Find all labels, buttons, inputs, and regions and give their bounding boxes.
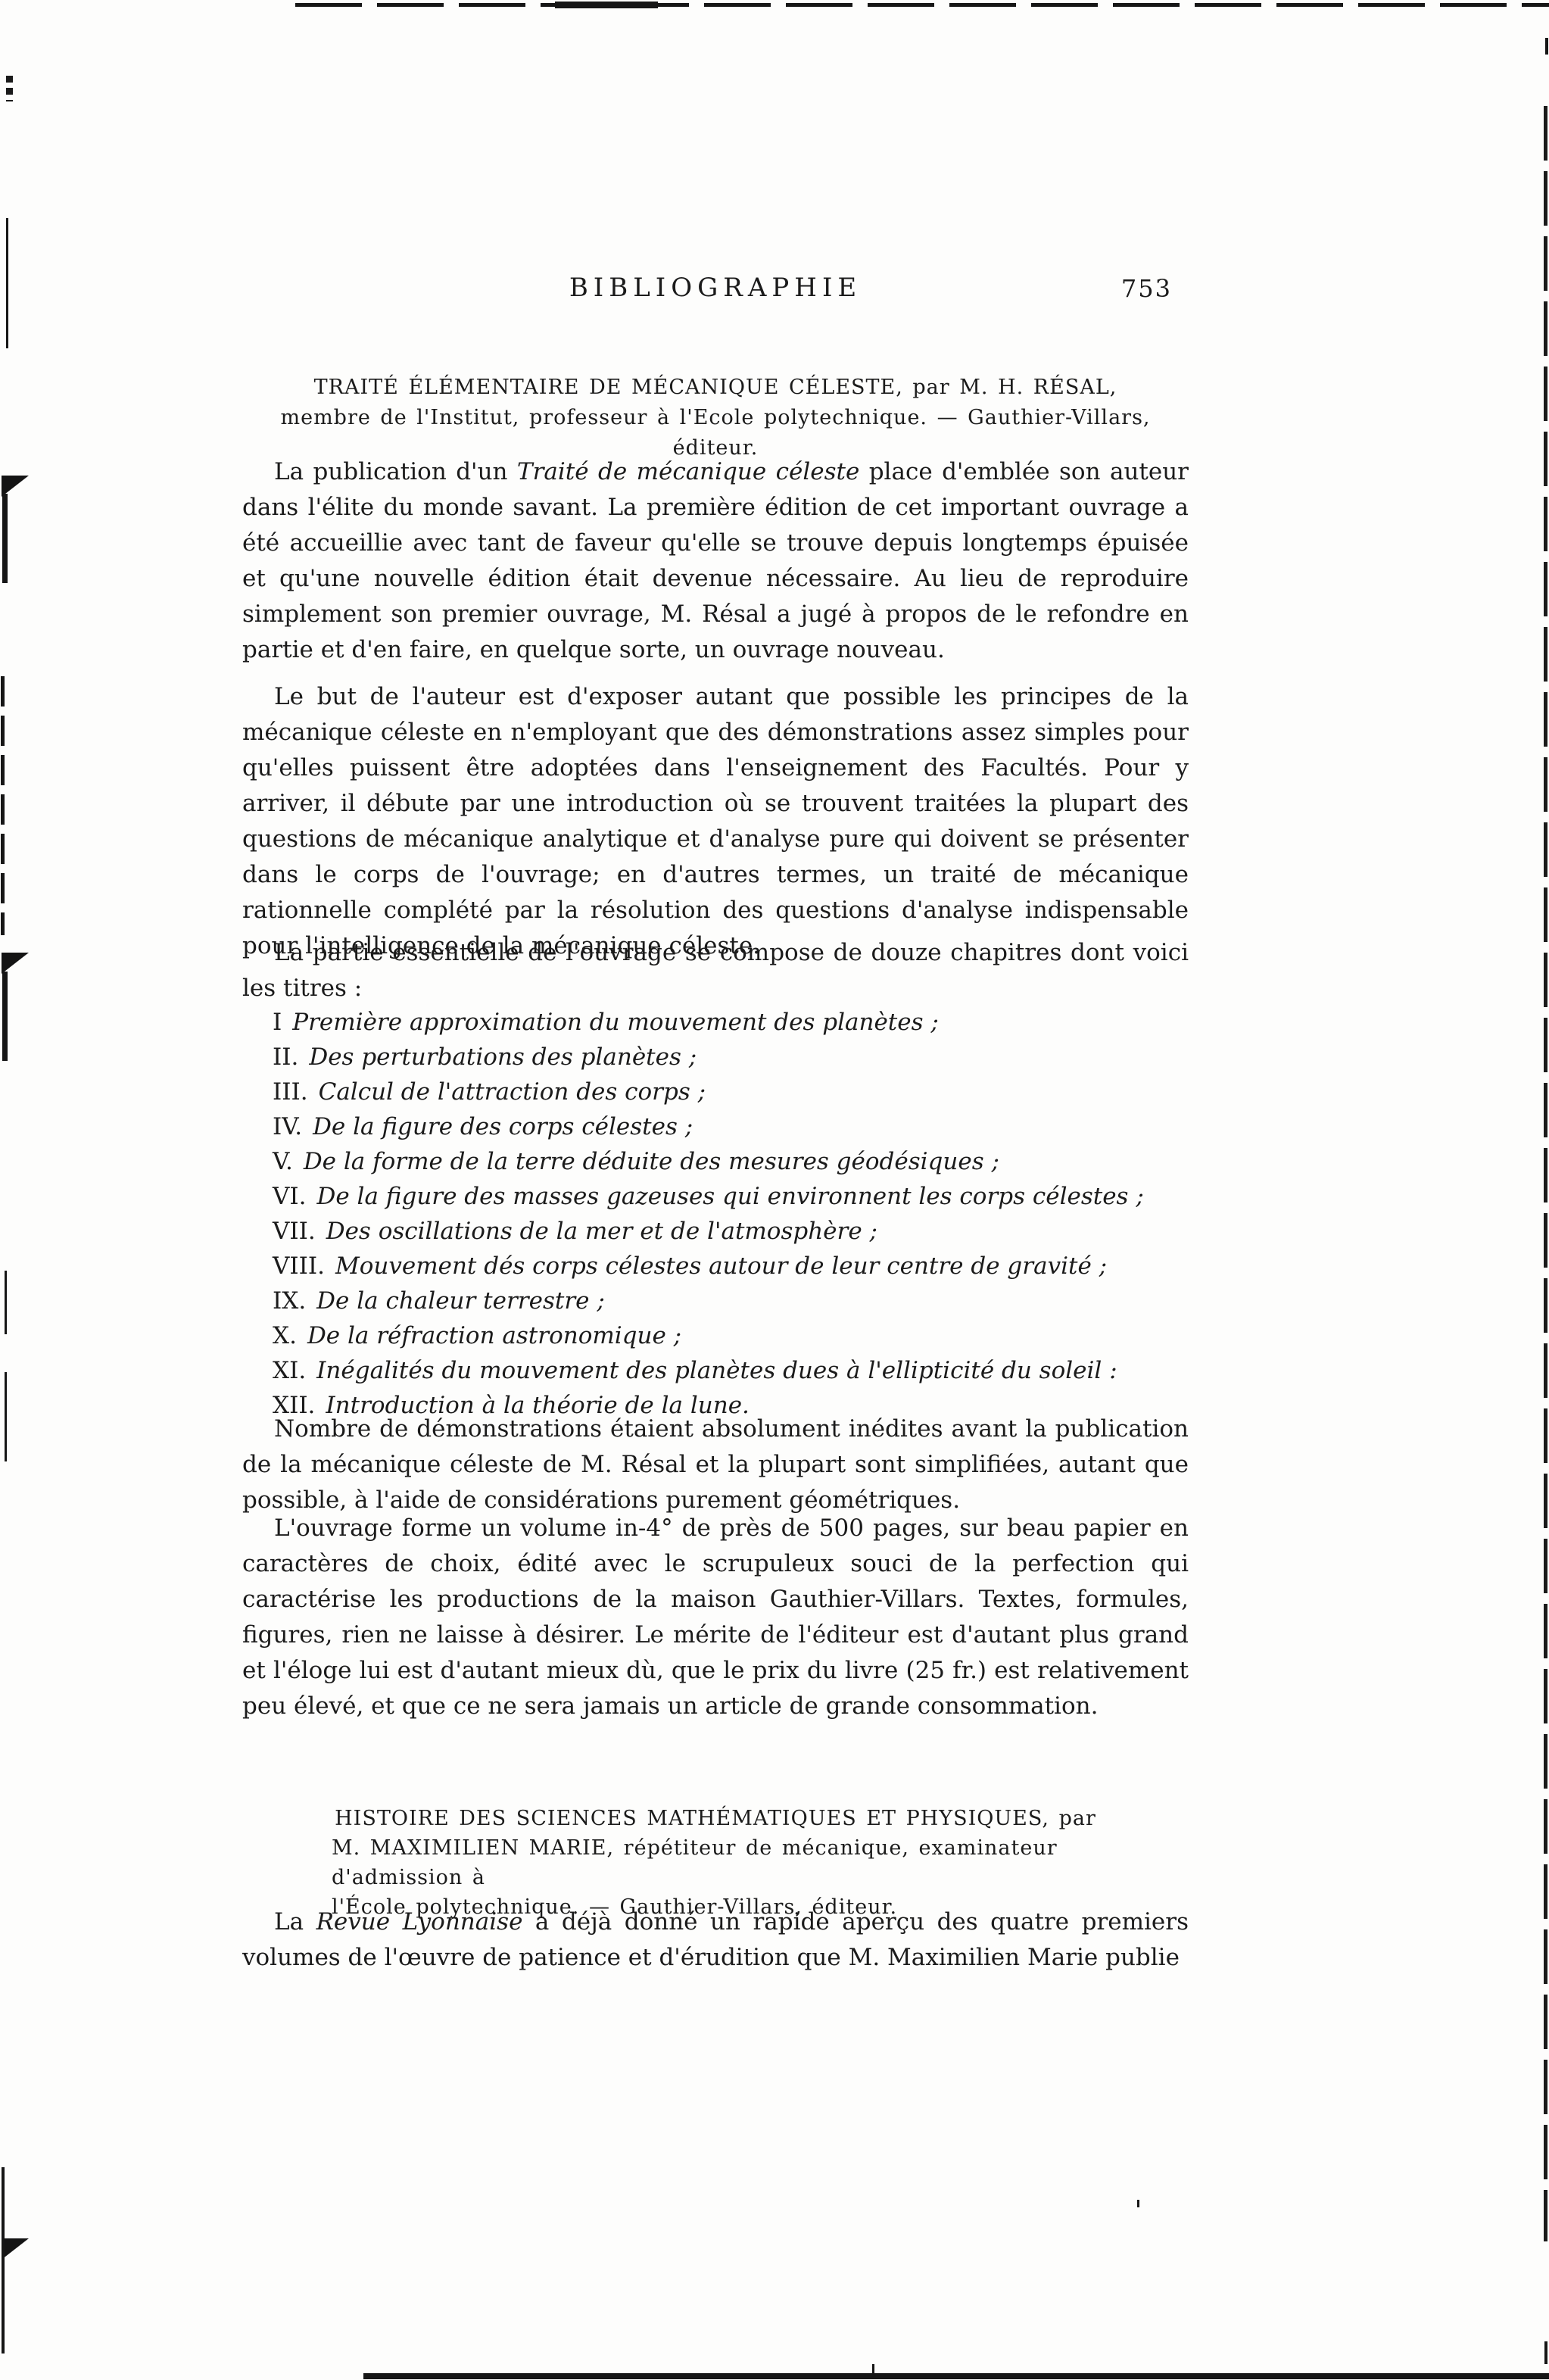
chapter-numeral: XI. (273, 1357, 306, 1384)
chapter-item: VII.Des oscillations de la mer et de l'a… (273, 1214, 1257, 1249)
scan-artifact-left-mark (2, 2167, 5, 2353)
paragraph: La partie essentielle de l'ouvrage se co… (242, 935, 1189, 1006)
text: La (274, 1908, 316, 1936)
book-heading-line: HISTOIRE DES SCIENCES MATHÉMATIQUES ET P… (242, 1804, 1189, 1833)
chapter-numeral: I (273, 1009, 282, 1036)
scan-artifact-left-mark (6, 218, 8, 348)
page-number: 753 (1121, 274, 1172, 303)
chapter-numeral: VII. (273, 1218, 316, 1245)
scan-artifact-bottom-rule (363, 2373, 1549, 2379)
scan-artifact-left-mark (2, 972, 8, 1061)
chapter-item: III.Calcul de l'attraction des corps ; (273, 1075, 1257, 1109)
book-heading-resal: TRAITÉ ÉLÉMENTAIRE DE MÉCANIQUE CÉLESTE,… (242, 373, 1189, 463)
chapter-title: Des oscillations de la mer et de l'atmos… (326, 1218, 877, 1245)
text: Le but de l'auteur est d'exposer autant … (242, 683, 1189, 959)
book-heading-line: M. MAXIMILIEN MARIE, répétiteur de mécan… (332, 1833, 1189, 1892)
scan-artifact-left-mark (1, 676, 5, 935)
scan-artifact-speck (872, 2364, 874, 2373)
running-head: BIBLIOGRAPHIE 753 (242, 273, 1189, 303)
paragraph: L'ouvrage forme un volume in-4° de près … (242, 1511, 1189, 1724)
chapter-item: II.Des perturbations des planètes ; (273, 1040, 1257, 1075)
scan-artifact-left-mark (5, 1271, 7, 1334)
chapter-title: Inégalités du mouvement des planètes due… (316, 1357, 1117, 1384)
italic-text: Traité de mécanique céleste (517, 458, 859, 485)
chapter-numeral: V. (273, 1148, 293, 1175)
scan-artifact-speck (1137, 2200, 1139, 2207)
chapter-title: Des perturbations des planètes ; (309, 1043, 697, 1071)
chapter-item: XI.Inégalités du mouvement des planètes … (273, 1353, 1257, 1388)
chapter-title: De la réfraction astronomique ; (307, 1322, 681, 1349)
chapter-item: IV.De la figure des corps célestes ; (273, 1109, 1257, 1144)
scan-artifact-left-mark (2, 494, 8, 583)
scanned-book-page: { "colors": { "ink": "#1b1b1b", "paper":… (0, 0, 1549, 2380)
scan-artifact-margin-arrow (2, 953, 29, 974)
paragraph: Nombre de démonstrations étaient absolum… (242, 1411, 1189, 1518)
chapter-title: De la figure des masses gazeuses qui env… (317, 1183, 1144, 1210)
chapter-numeral: II. (273, 1043, 298, 1071)
scan-artifact-right-speck (1545, 38, 1548, 55)
scan-artifact-top-rule-thick (555, 2, 658, 8)
paragraph: La Revue Lyonnaise a déjà donné un rapid… (242, 1904, 1189, 1976)
italic-text: Revue Lyonnaise (316, 1908, 523, 1936)
text: La publication d'un (274, 458, 517, 485)
chapter-item: VIII.Mouvement dés corps célestes autour… (273, 1249, 1257, 1284)
text: Nombre de démonstrations étaient absolum… (242, 1415, 1189, 1514)
chapter-numeral: III. (273, 1078, 308, 1106)
chapter-numeral: VI. (273, 1183, 307, 1210)
chapter-item: IPremière approximation du mouvement des… (273, 1005, 1257, 1040)
scan-artifact-right-edge-rule (1544, 106, 1547, 2241)
chapter-numeral: X. (273, 1322, 297, 1349)
chapter-title: Calcul de l'attraction des corps ; (319, 1078, 706, 1106)
chapter-title: De la forme de la terre déduite des mesu… (304, 1148, 999, 1175)
chapter-item: V.De la forme de la terre déduite des me… (273, 1144, 1257, 1179)
text: L'ouvrage forme un volume in-4° de près … (242, 1514, 1189, 1720)
chapter-item: VI.De la figure des masses gazeuses qui … (273, 1179, 1257, 1214)
chapter-title: De la chaleur terrestre ; (316, 1287, 605, 1315)
chapter-item: IX.De la chaleur terrestre ; (273, 1284, 1257, 1318)
chapter-numeral: IX. (273, 1287, 306, 1315)
text: place d'emblée son auteur dans l'élite d… (242, 458, 1189, 663)
chapter-title: De la figure des corps célestes ; (313, 1113, 693, 1140)
chapter-title: Première approximation du mouvement des … (292, 1009, 939, 1036)
scan-artifact-right-speck (1544, 2341, 1547, 2364)
scan-artifact-left-mark (6, 76, 13, 101)
chapter-numeral: IV. (273, 1113, 302, 1140)
chapter-title: Mouvement dés corps célestes autour de l… (335, 1252, 1107, 1280)
paragraph: La publication d'un Traité de mécanique … (242, 454, 1189, 668)
chapter-numeral: VIII. (273, 1252, 325, 1280)
chapter-list: IPremière approximation du mouvement des… (273, 1005, 1257, 1423)
chapter-item: X.De la réfraction astronomique ; (273, 1318, 1257, 1353)
text: La partie essentielle de l'ouvrage se co… (242, 939, 1189, 1002)
page-title: BIBLIOGRAPHIE (569, 273, 862, 303)
paragraph: Le but de l'auteur est d'exposer autant … (242, 679, 1189, 964)
book-heading-line: TRAITÉ ÉLÉMENTAIRE DE MÉCANIQUE CÉLESTE,… (242, 373, 1189, 403)
scan-artifact-top-rule (295, 3, 1549, 7)
scan-artifact-margin-arrow (2, 2238, 29, 2260)
scan-artifact-left-mark (5, 1372, 7, 1461)
